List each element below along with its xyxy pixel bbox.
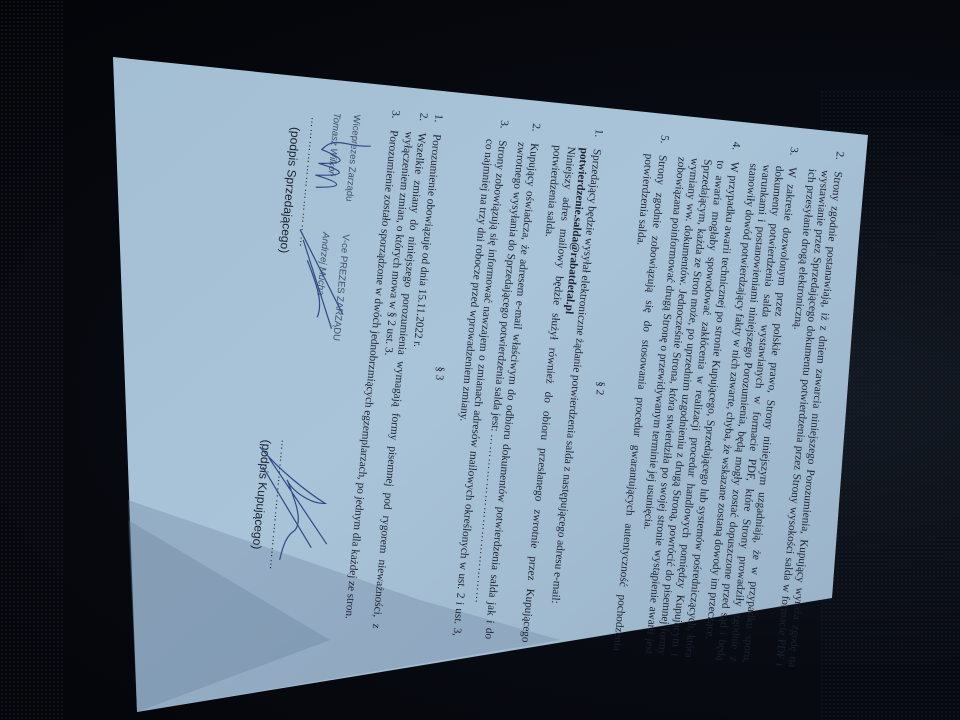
photo-scene: 2. Strony zgodnie postanawiają, iż z dni…: [0, 0, 960, 720]
stamp-name-right: Andrzej Mucha: [313, 232, 332, 296]
clause-number: 1.: [431, 114, 445, 124]
clause-number: 5.: [656, 134, 670, 144]
stamp-name-left: Tomasz Wilkoń: [324, 112, 343, 177]
clause-number: 3.: [786, 147, 800, 157]
clause-number: 3.: [496, 120, 510, 130]
document-page: 2. Strony zgodnie postanawiają, iż z dni…: [101, 85, 846, 667]
stamp-title-right: V-ce PREZES ZARZĄDU: [329, 234, 352, 342]
clause-number: 2.: [416, 112, 430, 122]
clause-number: 1.: [591, 128, 605, 138]
clause-number: 3.: [387, 110, 401, 120]
clause-number: 2.: [528, 123, 542, 133]
stamp-title-left: Wiceprezes Zarządu: [342, 114, 363, 202]
clause-number: 2.: [832, 151, 846, 161]
clause-number: 4.: [728, 141, 742, 151]
